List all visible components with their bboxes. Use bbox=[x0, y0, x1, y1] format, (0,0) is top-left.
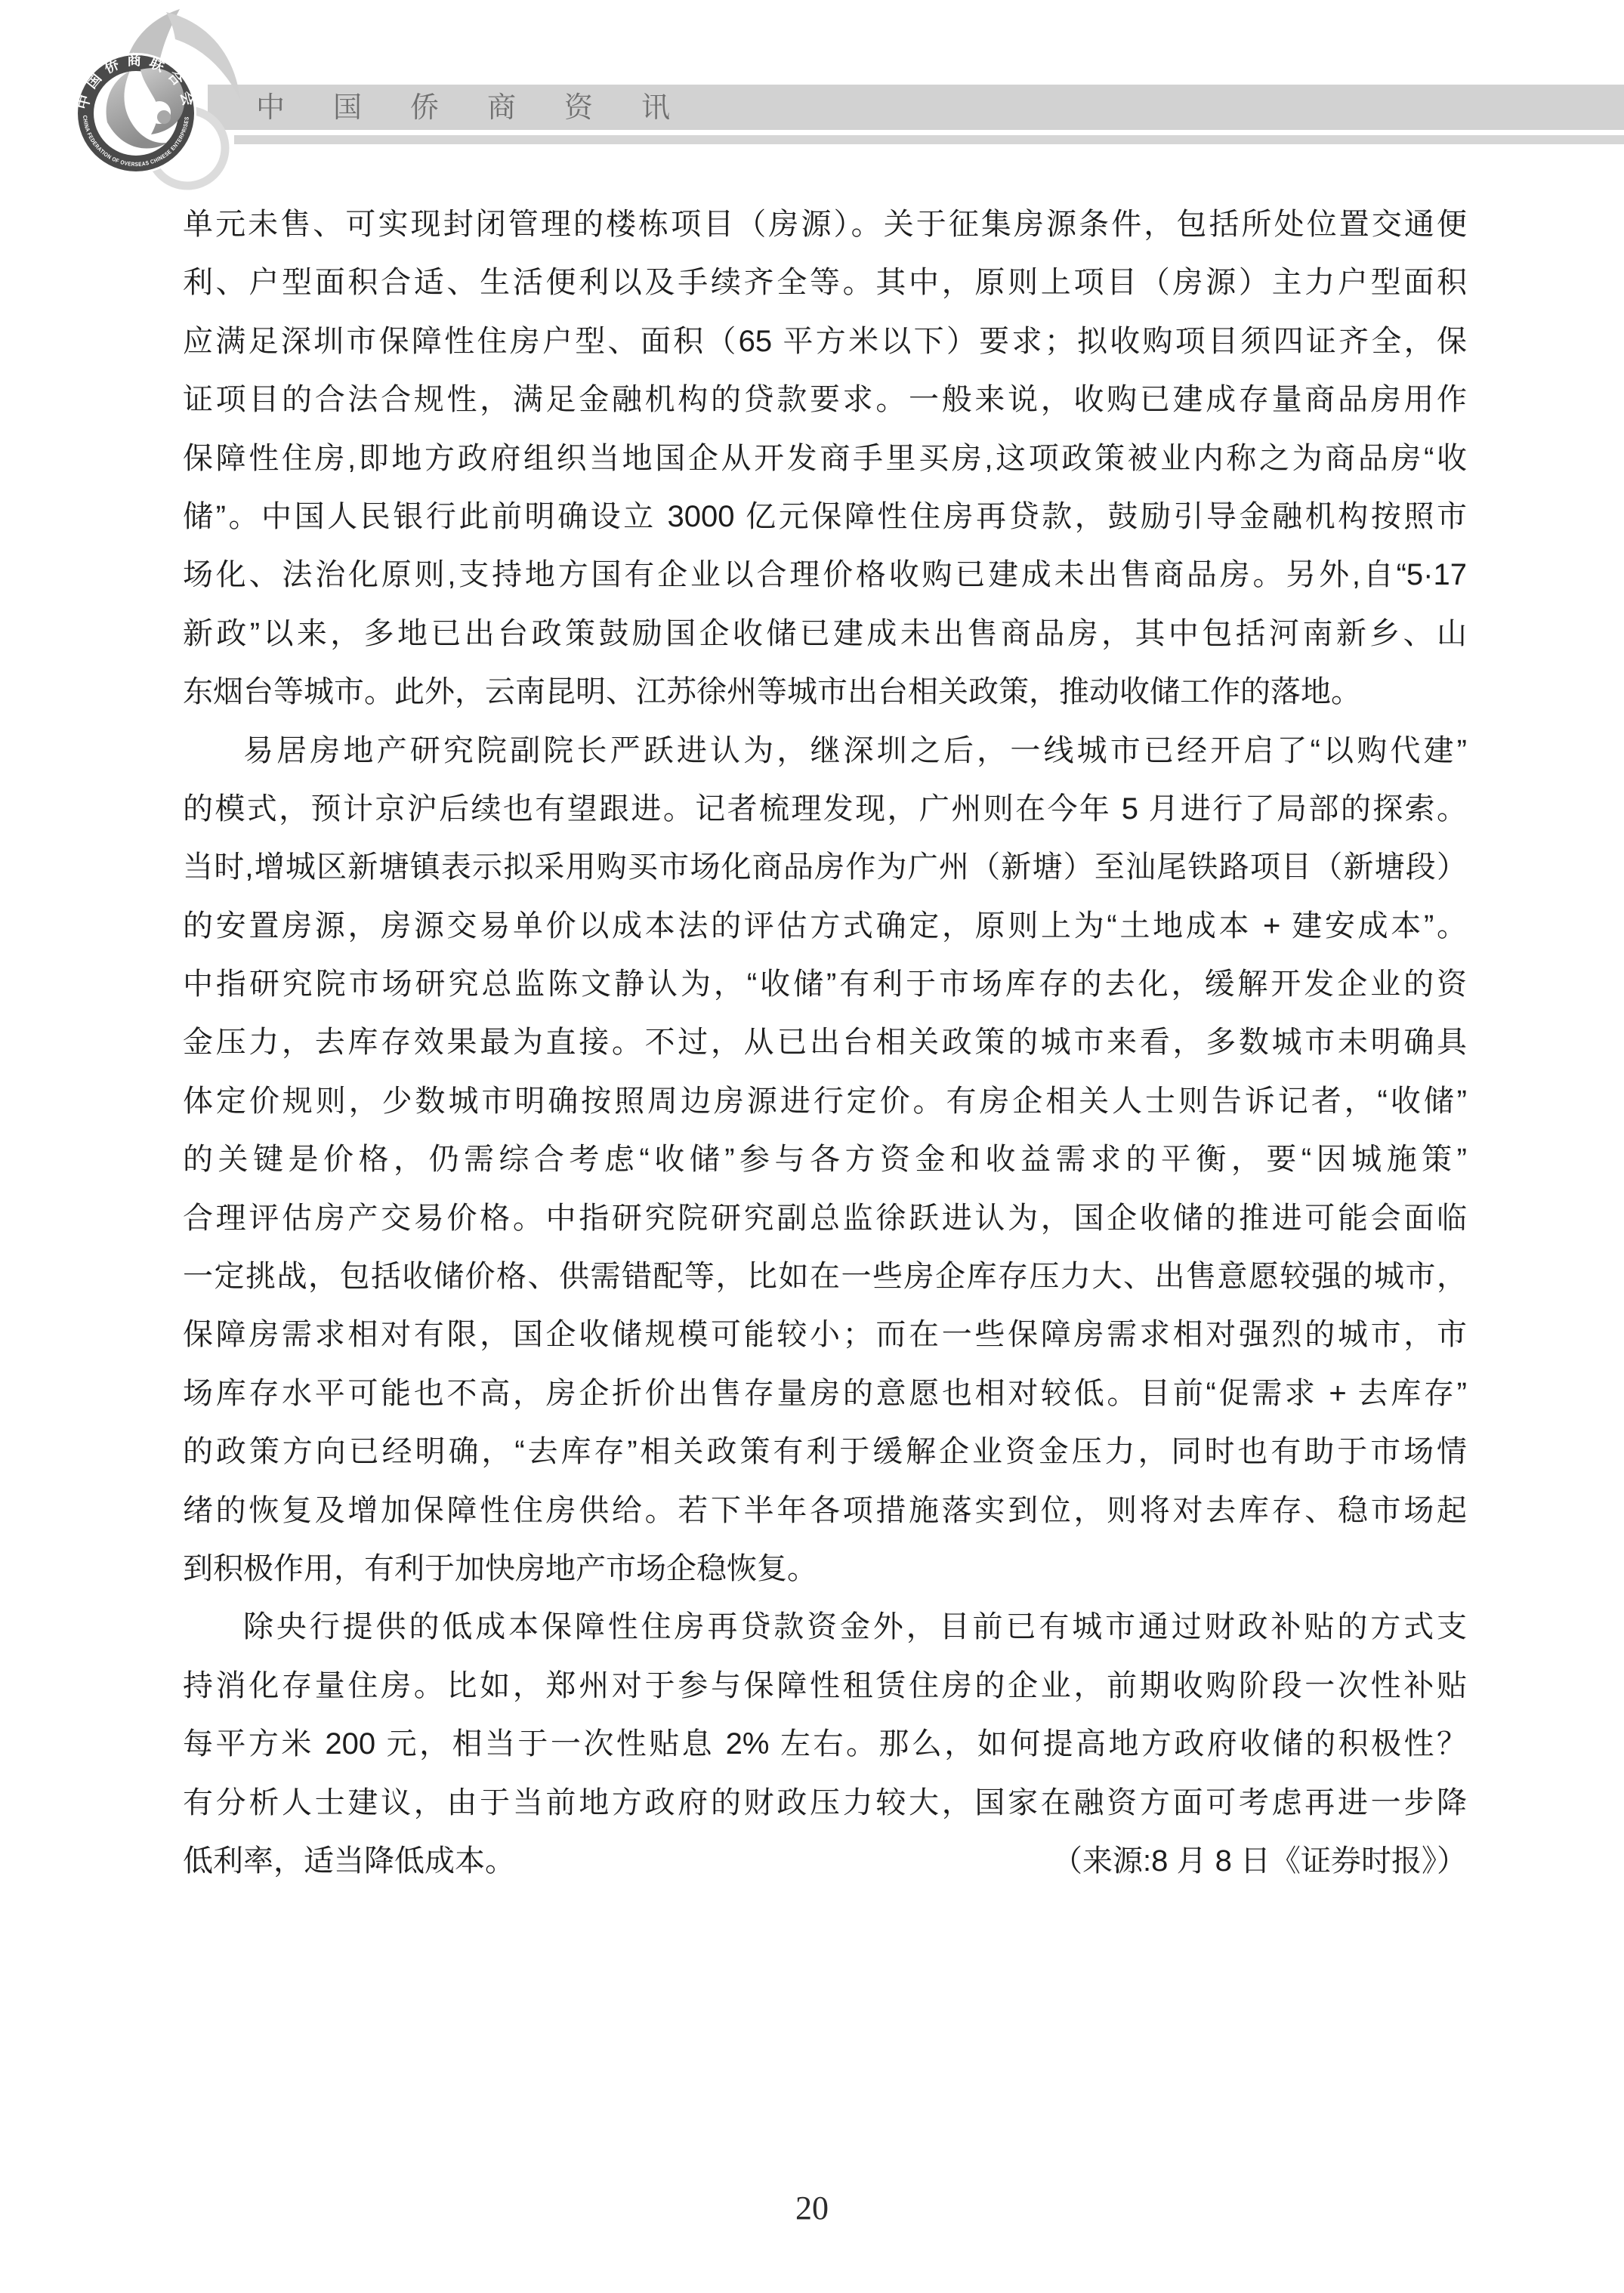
body-line: 每平方米 200 元，相当于一次性贴息 2% 左右。那么，如何提高地方政府收储的… bbox=[183, 1715, 1467, 1773]
body-line: 合理评估房产交易价格。中指研究院研究副总监徐跃进认为，国企收储的推进可能会面临 bbox=[183, 1190, 1467, 1248]
closing-text: 低利率，适当降低成本。 bbox=[183, 1832, 515, 1890]
body-line: 绪的恢复及增加保障性住房供给。若下半年各项措施落实到位，则将对去库存、稳市场起 bbox=[183, 1482, 1467, 1540]
banner-title: 中国侨商资讯 bbox=[256, 85, 718, 130]
body-line: 场化、法治化原则,支持地方国有企业以合理价格收购已建成未出售商品房。另外,自“5… bbox=[183, 546, 1467, 604]
banner-sub-bar bbox=[234, 135, 1624, 144]
body-line: 金压力，去库存效果最为直接。不过，从已出台相关政策的城市来看，多数城市未明确具 bbox=[183, 1014, 1467, 1072]
body-line: 利、户型面积合适、生活便利以及手续齐全等。其中，原则上项目（房源）主力户型面积 bbox=[183, 254, 1467, 312]
body-line: 体定价规则，少数城市明确按照周边房源进行定价。有房企相关人士则告诉记者，“收储” bbox=[183, 1072, 1467, 1131]
body-line: 东烟台等城市。此外，云南昆明、江苏徐州等城市出台相关政策，推动收储工作的落地。 bbox=[183, 663, 1467, 721]
body-line: 的安置房源，房源交易单价以成本法的评估方式确定，原则上为“土地成本 + 建安成本… bbox=[183, 897, 1467, 955]
page-number: 20 bbox=[0, 2189, 1624, 2227]
body-line: 储”。中国人民银行此前明确设立 3000 亿元保障性住房再贷款，鼓励引导金融机构… bbox=[183, 488, 1467, 546]
banner-bar: 中国侨商资讯 bbox=[208, 85, 1624, 130]
body-line: 新政”以来，多地已出台政策鼓励国企收储已建成未出售商品房，其中包括河南新乡、山 bbox=[183, 605, 1467, 663]
body-line: 场库存水平可能也不高，房企折价出售存量房的意愿也相对较低。目前“促需求 + 去库… bbox=[183, 1365, 1467, 1423]
body-line: 持消化存量住房。比如，郑州对于参与保障性租赁住房的企业，前期收购阶段一次性补贴 bbox=[183, 1657, 1467, 1715]
article-body: 单元未售、可实现封闭管理的楼栋项目（房源）。关于征集房源条件，包括所处位置交通便… bbox=[183, 196, 1467, 1890]
body-line: 的模式，预计京沪后续也有望跟进。记者梳理发现，广州则在今年 5 月进行了局部的探… bbox=[183, 780, 1467, 838]
body-line: 到积极作用，有利于加快房地产市场企稳恢复。 bbox=[183, 1540, 1467, 1598]
body-line: 易居房地产研究院副院长严跃进认为，继深圳之后，一线城市已经开启了“以购代建” bbox=[183, 722, 1467, 780]
closing-line: 低利率，适当降低成本。 （来源:8 月 8 日《证券时报》） bbox=[183, 1832, 1467, 1890]
body-line: 保障性住房,即地方政府组织当地国企从开发商手里买房,这项政策被业内称之为商品房“… bbox=[183, 430, 1467, 488]
body-line: 的政策方向已经明确，“去库存”相关政策有利于缓解企业资金压力，同时也有助于市场情 bbox=[183, 1423, 1467, 1481]
body-line: 除央行提供的低成本保障性住房再贷款资金外，目前已有城市通过财政补贴的方式支 bbox=[183, 1598, 1467, 1656]
body-line: 中指研究院市场研究总监陈文静认为，“收储”有利于市场库存的去化，缓解开发企业的资 bbox=[183, 955, 1467, 1014]
document-page: 中国侨商资讯 bbox=[0, 0, 1624, 2293]
body-line: 证项目的合法合规性，满足金融机构的贷款要求。一般来说，收购已建成存量商品房用作 bbox=[183, 371, 1467, 429]
body-line: 一定挑战，包括收储价格、供需错配等，比如在一些房企库存压力大、出售意愿较强的城市… bbox=[183, 1248, 1467, 1306]
body-line: 应满足深圳市保障性住房户型、面积（65 平方米以下）要求；拟收购项目须四证齐全，… bbox=[183, 313, 1467, 371]
body-line: 当时,增城区新塘镇表示拟采用购买市场化商品房作为广州（新塘）至汕尾铁路项目（新塘… bbox=[183, 838, 1467, 897]
body-line: 保障房需求相对有限，国企收储规模可能较小；而在一些保障房需求相对强烈的城市，市 bbox=[183, 1306, 1467, 1364]
body-line: 的关键是价格，仍需综合考虑“收储”参与各方资金和收益需求的平衡，要“因城施策” bbox=[183, 1131, 1467, 1189]
body-line: 有分析人士建议，由于当前地方政府的财政压力较大，国家在融资方面可考虑再进一步降 bbox=[183, 1774, 1467, 1832]
federation-logo-icon: 中国侨商联合会 CHINA FEDERATION OF OVERSEAS CHI… bbox=[53, 0, 279, 234]
source-citation: （来源:8 月 8 日《证券时报》） bbox=[1052, 1832, 1467, 1890]
body-line: 单元未售、可实现封闭管理的楼栋项目（房源）。关于征集房源条件，包括所处位置交通便 bbox=[183, 196, 1467, 254]
